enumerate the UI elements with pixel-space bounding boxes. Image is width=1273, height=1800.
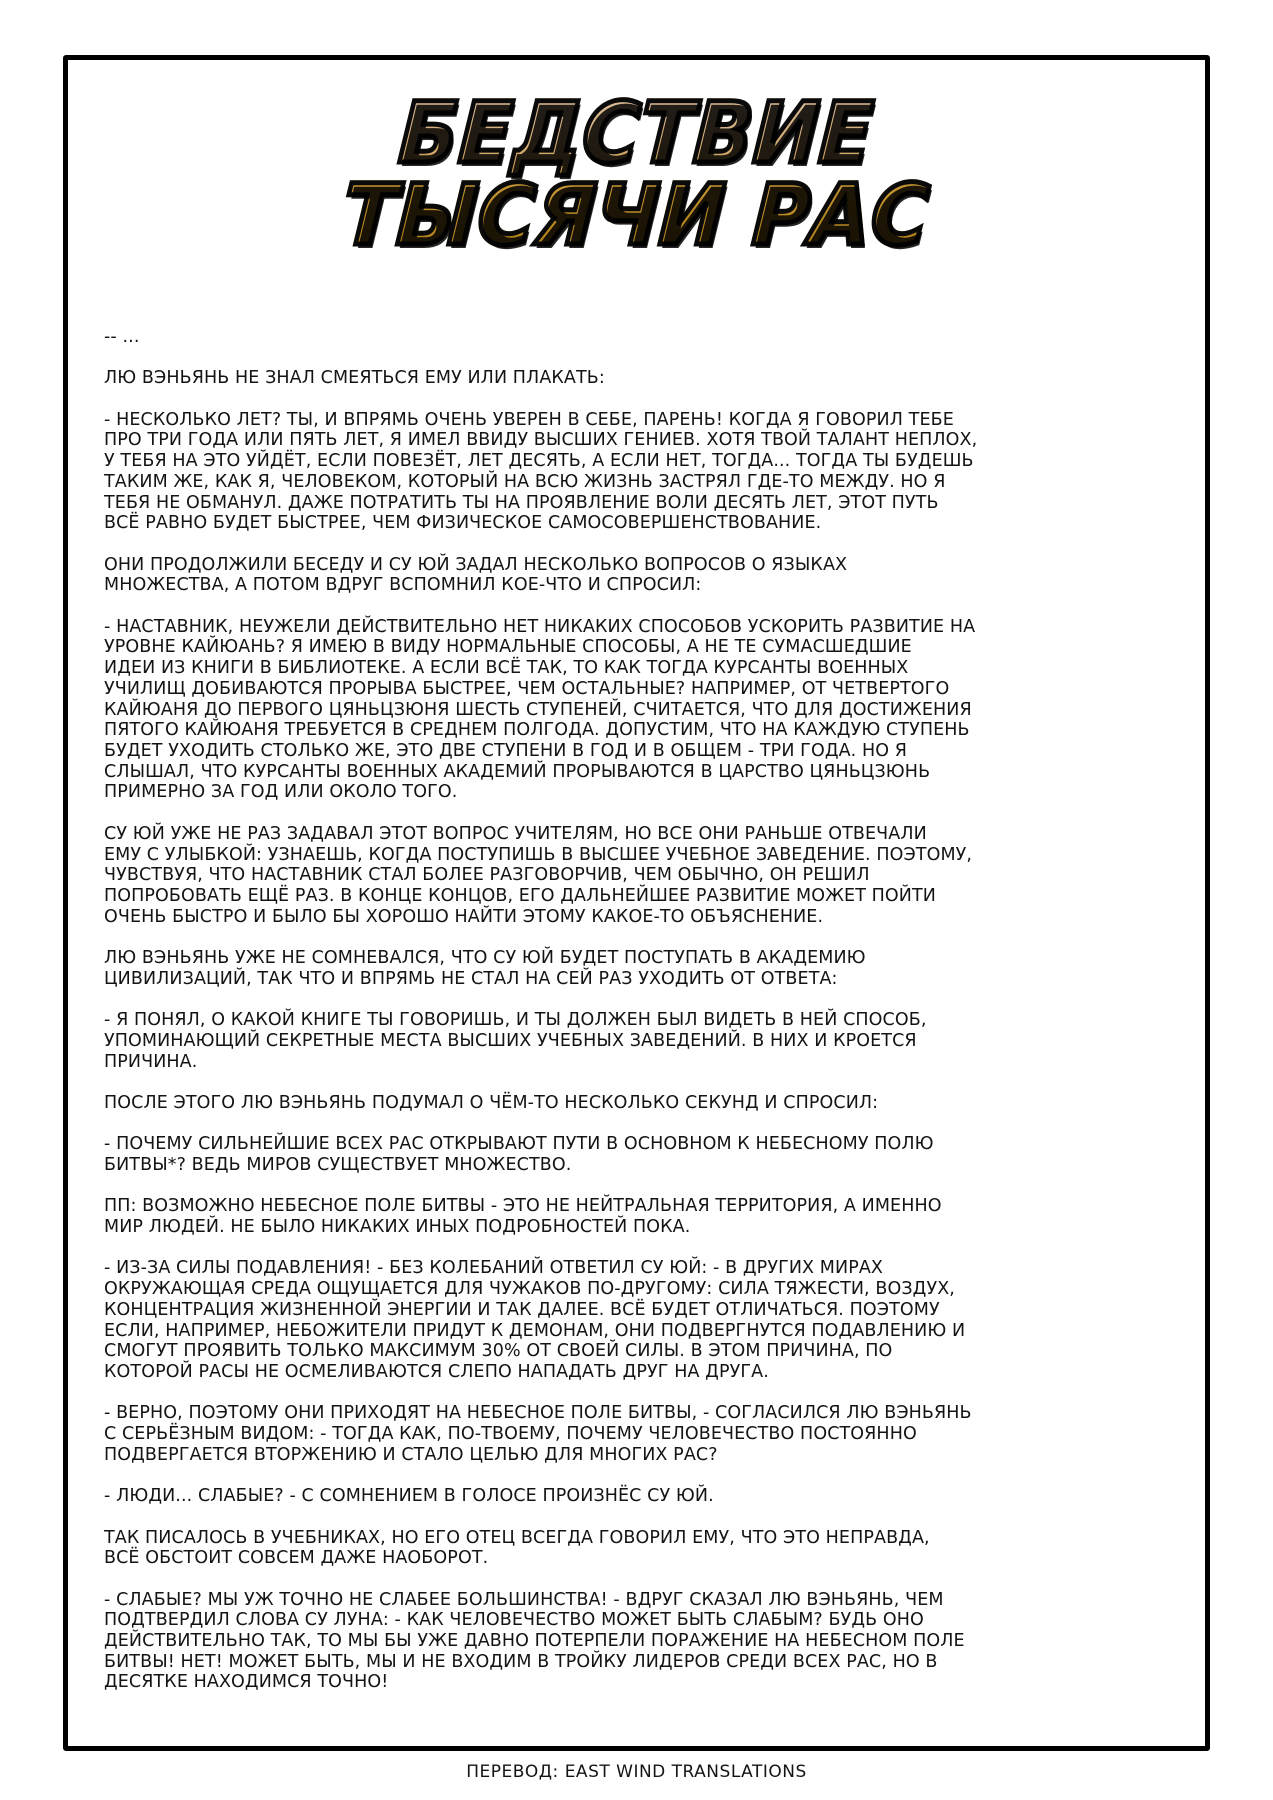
text-line: подвергается вторжению и стало целью для… [104, 1445, 1184, 1466]
paragraph: Так писалось в учебниках, но его отец вс… [104, 1528, 1184, 1569]
paragraph: - Слабые? Мы уж точно не слабее большинс… [104, 1590, 1184, 1694]
text-line: ПП: возможно небесное поле битвы - это н… [104, 1196, 1184, 1217]
text-line: попробовать ещё раз. В конце концов, его… [104, 886, 1184, 907]
text-line: Су Юй уже не раз задавал этот вопрос учи… [104, 824, 1184, 845]
paragraph: Су Юй уже не раз задавал этот вопрос учи… [104, 824, 1184, 928]
text-line: Кайюаня до первого Цяньцзюня шесть ступе… [104, 700, 1184, 721]
text-line: таким же, как я, человеком, который на в… [104, 472, 1184, 493]
text-line: - Я понял, о какой книге ты говоришь, и … [104, 1010, 1184, 1031]
text-line: - Верно, поэтому они приходят на небесно… [104, 1403, 1184, 1424]
text-line: Лю Вэньянь не знал смеяться ему или плак… [104, 368, 1184, 389]
title-line-2: ТЫСЯЧИ РАС [111, 174, 1162, 256]
text-line: чувствуя, что наставник стал более разго… [104, 865, 1184, 886]
paragraph: - Наставник, неужели действительно нет н… [104, 617, 1184, 803]
text-line: - Слабые? Мы уж точно не слабее большинс… [104, 1590, 1184, 1611]
paragraph: - Почему сильнейшие всех рас открывают п… [104, 1134, 1184, 1175]
text-line: всё равно будет быстрее, чем физическое … [104, 513, 1184, 534]
text-line: десятке находимся точно! [104, 1672, 1184, 1693]
text-line: про три года или пять лет, я имел ввиду … [104, 430, 1184, 451]
text-line: цивилизаций, так что и впрямь не стал на… [104, 969, 1184, 990]
chapter-title: БЕДСТВИЕ ТЫСЯЧИ РАС [68, 92, 1205, 256]
paragraph: - Я понял, о какой книге ты говоришь, и … [104, 1010, 1184, 1072]
text-line: будет уходить столько же, это две ступен… [104, 741, 1184, 762]
text-line: упоминающий секретные места высших учебн… [104, 1031, 1184, 1052]
text-line: - Наставник, неужели действительно нет н… [104, 617, 1184, 638]
paragraph: Лю Вэньянь не знал смеяться ему или плак… [104, 368, 1184, 389]
title-line-1: БЕДСТВИЕ [111, 92, 1162, 174]
paragraph: ПП: возможно небесное поле битвы - это н… [104, 1196, 1184, 1237]
text-line: Они продолжили беседу и Су Юй задал неск… [104, 555, 1184, 576]
text-line: битвы*? Ведь миров существует множество. [104, 1155, 1184, 1176]
text-line: очень быстро и было бы хорошо найти этом… [104, 907, 1184, 928]
text-line: причина. [104, 1052, 1184, 1073]
paragraph: Они продолжили беседу и Су Юй задал неск… [104, 555, 1184, 596]
text-line: тебя не обманул. Даже потратить ты на пр… [104, 493, 1184, 514]
text-line: слышал, что курсанты военных академий пр… [104, 762, 1184, 783]
text-line: мир людей. Не было никаких иных подробно… [104, 1217, 1184, 1238]
text-line: пятого Кайюаня требуется в среднем полго… [104, 720, 1184, 741]
text-line: уровне Кайюань? Я имею в виду нормальные… [104, 637, 1184, 658]
text-line: училищ добиваются прорыва быстрее, чем о… [104, 679, 1184, 700]
text-line: всё обстоит совсем даже наоборот. [104, 1548, 1184, 1569]
text-line: множества, а потом вдруг вспомнил кое-чт… [104, 575, 1184, 596]
text-line: Лю Вэньянь уже не сомневался, что Су Юй … [104, 948, 1184, 969]
text-line: После этого Лю Вэньянь подумал о чём-то … [104, 1093, 1184, 1114]
text-line: - Из-за силы подавления! - без колебаний… [104, 1258, 1184, 1279]
text-line: - Несколько лет? Ты, и впрямь очень увер… [104, 410, 1184, 431]
text-line: идеи из книги в библиотеке. А если всё т… [104, 658, 1184, 679]
story-text: -- ...Лю Вэньянь не знал смеяться ему ил… [104, 327, 1184, 1714]
text-line: концентрация жизненной энергии и так дал… [104, 1300, 1184, 1321]
text-line: Так писалось в учебниках, но его отец вс… [104, 1528, 1184, 1549]
text-line: - Почему сильнейшие всех рас открывают п… [104, 1134, 1184, 1155]
paragraph: После этого Лю Вэньянь подумал о чём-то … [104, 1093, 1184, 1114]
paragraph: - Люди... слабые? - с сомнением в голосе… [104, 1486, 1184, 1507]
paragraph: -- ... [104, 327, 1184, 348]
paragraph: - Несколько лет? Ты, и впрямь очень увер… [104, 410, 1184, 534]
text-line: битвы! Нет! Может быть, мы и не входим в… [104, 1652, 1184, 1673]
text-line: подтвердил слова Су Луна: - Как человече… [104, 1610, 1184, 1631]
text-line: смогут проявить только максимум 30% от с… [104, 1341, 1184, 1362]
text-line: действительно так, то мы бы уже давно по… [104, 1631, 1184, 1652]
translation-credit: Перевод: East Wind Translations [0, 1762, 1273, 1782]
paragraph: - Из-за силы подавления! - без колебаний… [104, 1258, 1184, 1382]
text-line: если, например, небожители придут к демо… [104, 1321, 1184, 1342]
text-line: -- ... [104, 327, 1184, 348]
page-frame: БЕДСТВИЕ ТЫСЯЧИ РАС -- ...Лю Вэньянь не … [63, 55, 1210, 1751]
text-line: ему с улыбкой: узнаешь, когда поступишь … [104, 845, 1184, 866]
text-line: у тебя на это уйдёт, если повезёт, лет д… [104, 451, 1184, 472]
text-line: которой расы не осмеливаются слепо напад… [104, 1362, 1184, 1383]
paragraph: Лю Вэньянь уже не сомневался, что Су Юй … [104, 948, 1184, 989]
text-line: окружающая среда ощущается для чужаков п… [104, 1279, 1184, 1300]
text-line: с серьёзным видом: - Тогда как, по-твоем… [104, 1424, 1184, 1445]
text-line: - Люди... слабые? - с сомнением в голосе… [104, 1486, 1184, 1507]
paragraph: - Верно, поэтому они приходят на небесно… [104, 1403, 1184, 1465]
text-line: примерно за год или около того. [104, 782, 1184, 803]
